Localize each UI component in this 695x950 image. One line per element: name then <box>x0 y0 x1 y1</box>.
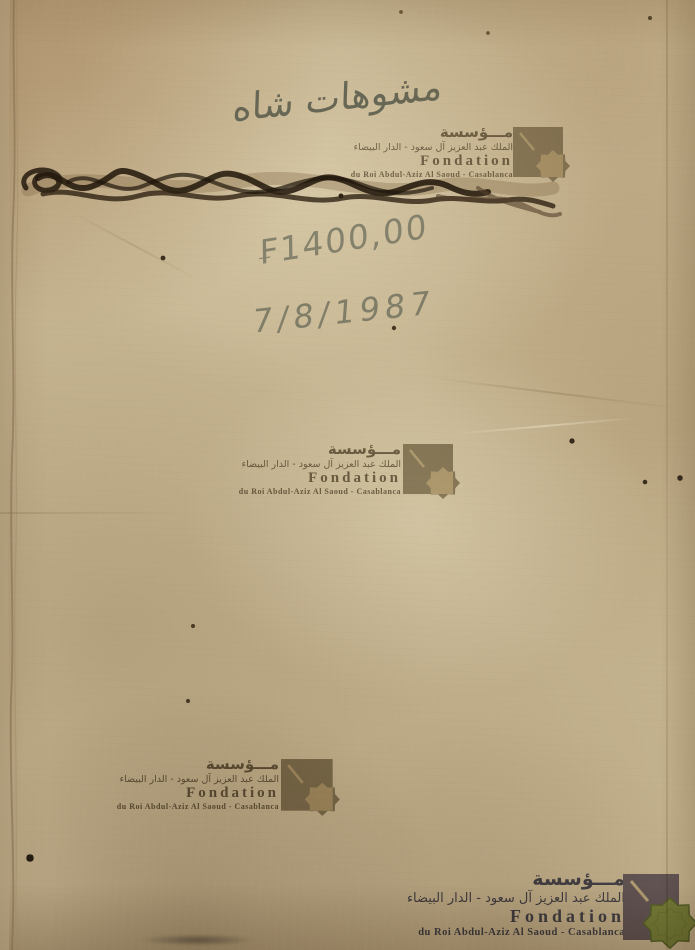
fondation-logo-icon <box>403 444 463 502</box>
watermark-fondation-bottom-right-color: مـــؤسسة الملك عبد العزيز آل سعود - الدا… <box>415 869 695 950</box>
watermark-latin-title: Fondation <box>117 786 279 801</box>
paper-crease <box>450 417 639 436</box>
watermark-fondation-bottom-left: مـــؤسسة الملك عبد العزيز آل سعود - الدا… <box>100 756 343 824</box>
watermark-latin-title: Fondation <box>239 471 401 486</box>
handwritten-date: 7/8/1987 <box>251 283 436 341</box>
fondation-logo-icon <box>513 127 573 185</box>
fondation-logo-icon <box>281 759 343 819</box>
watermark-latin-subtitle: du Roi Abdul-Aziz Al Saoud - Casablanca <box>351 169 513 180</box>
watermark-latin-title: Fondation <box>407 907 625 926</box>
watermark-arabic-title: مـــؤسسة <box>407 869 625 890</box>
watermark-arabic-subtitle: الملك عبد العزيز آل سعود - الدار البيضاء <box>407 890 625 907</box>
torn-edge-left <box>0 0 34 950</box>
watermark-latin-subtitle: du Roi Abdul-Aziz Al Saoud - Casablanca <box>117 801 279 812</box>
watermark-fondation-top: مـــؤسسة الملك عبد العزيز آل سعود - الدا… <box>305 124 573 188</box>
paper-crease <box>431 377 679 409</box>
watermark-arabic-title: مـــؤسسة <box>351 124 513 141</box>
ink-specks <box>0 0 2 2</box>
fondation-logo-color-icon <box>623 874 695 950</box>
bottom-edge-smudge <box>140 934 255 946</box>
watermark-latin-subtitle: du Roi Abdul-Aziz Al Saoud - Casablanca <box>239 486 401 497</box>
watermark-latin-subtitle: du Roi Abdul-Aziz Al Saoud - Casablanca <box>407 926 625 940</box>
watermark-arabic-title: مـــؤسسة <box>239 441 401 458</box>
watermark-arabic-title: مـــؤسسة <box>117 756 279 773</box>
manuscript-page: مشوهات شاه ₣1400,00 7/8/1987 مـــؤسسة ال… <box>0 0 695 950</box>
watermark-fondation-middle: مـــؤسسة الملك عبد العزيز آل سعود - الدا… <box>225 441 463 507</box>
paper-crease <box>666 0 668 950</box>
handwritten-title-arabic: مشوهات شاه <box>232 65 443 130</box>
watermark-latin-title: Fondation <box>351 154 513 169</box>
